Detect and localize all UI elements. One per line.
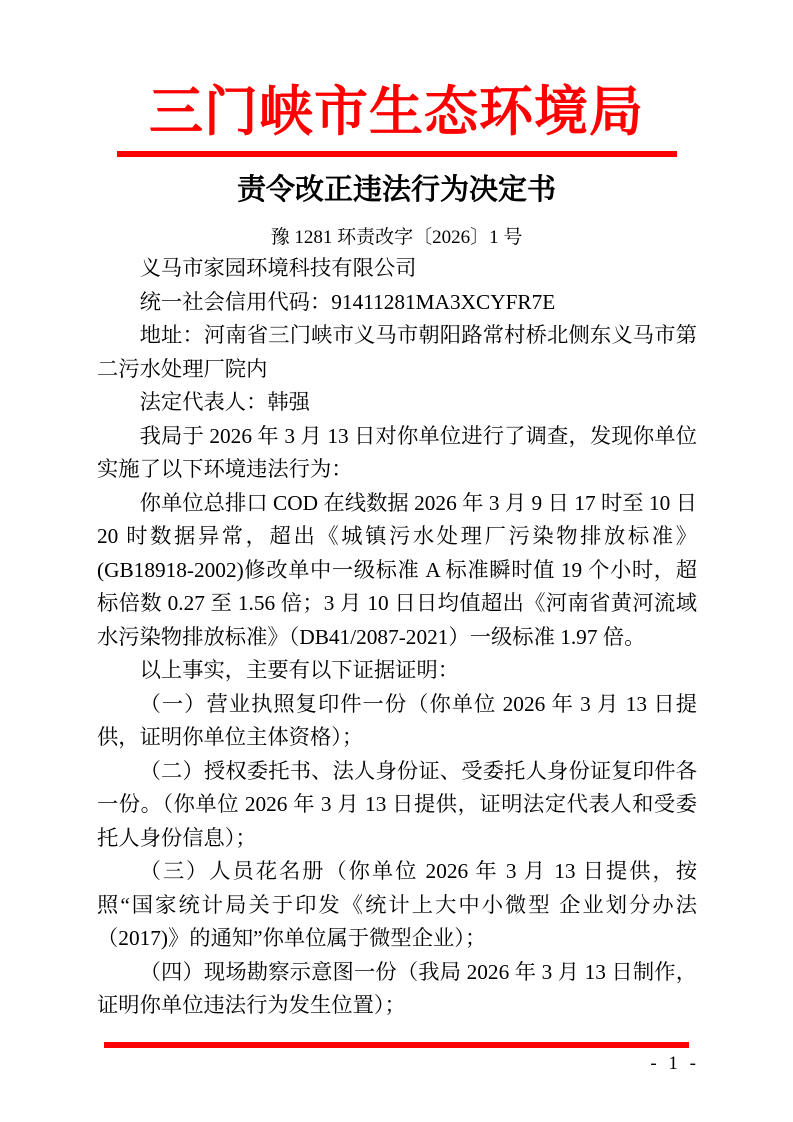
body-paragraph: （三）人员花名册（你单位 2026 年 3 月 13 日提供，按照“国家统计局关… (97, 855, 697, 956)
agency-header-title: 三门峡市生态环境局 (0, 84, 793, 140)
body-paragraph: 法定代表人：韩强 (97, 386, 697, 420)
body-paragraph: （一）营业执照复印件一份（你单位 2026 年 3 月 13 日提供，证明你单位… (97, 688, 697, 755)
footer-red-divider (104, 1042, 689, 1048)
body-paragraph: 以上事实，主要有以下证据证明： (97, 654, 697, 688)
document-number: 豫 1281 环责改字〔2026〕1 号 (0, 226, 793, 250)
body-paragraph: 统一社会信用代码：91411281MA3XCYFR7E (97, 286, 697, 320)
document-title: 责令改正违法行为决定书 (0, 173, 793, 207)
document-page: 三门峡市生态环境局 责令改正违法行为决定书 豫 1281 环责改字〔2026〕1… (0, 0, 793, 1122)
body-paragraph: （四）现场勘察示意图一份（我局 2026 年 3 月 13 日制作，证明你单位违… (97, 956, 697, 1023)
page-number: - 1 - (650, 1053, 696, 1075)
document-body: 义马市家园环境科技有限公司统一社会信用代码：91411281MA3XCYFR7E… (97, 252, 697, 1023)
body-paragraph: 地址：河南省三门峡市义马市朝阳路常村桥北侧东义马市第二污水处理厂院内 (97, 319, 697, 386)
body-paragraph: 义马市家园环境科技有限公司 (97, 252, 697, 286)
header-red-divider (117, 151, 677, 157)
body-paragraph: 我局于 2026 年 3 月 13 日对你单位进行了调查，发现你单位实施了以下环… (97, 420, 697, 487)
body-paragraph: （二）授权委托书、法人身份证、受委托人身份证复印件各一份。（你单位 2026 年… (97, 755, 697, 856)
body-paragraph: 你单位总排口 COD 在线数据 2026 年 3 月 9 日 17 时至 10 … (97, 487, 697, 655)
